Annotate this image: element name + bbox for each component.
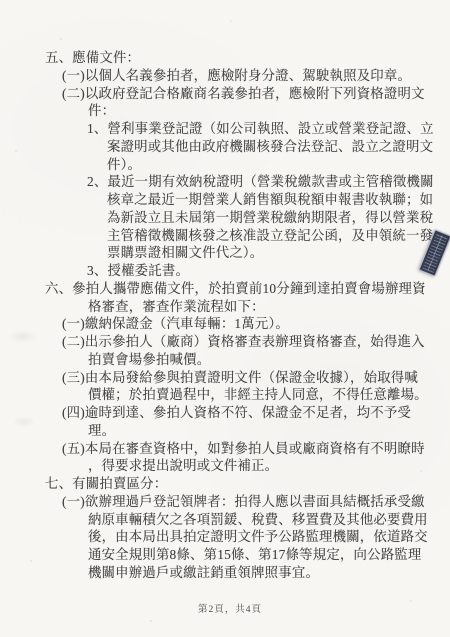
doc-line: 格審查，審查作業流程如下： xyxy=(88,298,450,316)
section-heading-5: 五、應備文件： xyxy=(45,49,450,67)
doc-line: 票購票證相關文件代之）。 xyxy=(107,244,450,262)
doc-line: 價權；於拍賣過程中，非經主持人同意，不得任意離場。 xyxy=(88,386,450,404)
doc-line: 後，由本局出具拍定證明文件予公路監理機關，依道路交 xyxy=(88,528,450,546)
doc-line: (三)由本局發給參與拍賣證明文件（保證金收據），始取得喊 xyxy=(62,369,450,387)
doc-line: (一)以個人名義參拍者，應檢附身分證、駕駛執照及印章。 xyxy=(62,67,450,85)
section-heading-7: 七、有關拍賣區分： xyxy=(45,475,450,493)
doc-line: ，得要求提出說明或文件補正。 xyxy=(88,457,450,475)
doc-line: 為新設立且未屆第一期營業稅繳納期限者，得以營業稅 xyxy=(107,209,450,227)
doc-line: (一)欲辦理過戶登記領牌者：拍得人應以書面具結概括承受繳 xyxy=(62,493,450,511)
doc-line: 拍賣會場參拍喊價。 xyxy=(88,351,450,369)
doc-line: 主管稽徵機關核發之核准設立登記公函，及申領統一發 xyxy=(107,227,450,245)
doc-line: (五)本局在審查資格中，如對參拍人員或廠商資格有不明瞭時 xyxy=(62,440,450,458)
document-body: 五、應備文件： (一)以個人名義參拍者，應檢附身分證、駕駛執照及印章。 (二)以… xyxy=(0,49,450,582)
doc-line: 納原車輛積欠之各項罰鍰、稅費、移置費及其他必要費用 xyxy=(88,511,450,529)
doc-line: 理。 xyxy=(88,422,450,440)
doc-line: 機關申辦過戶或繳註銷重領牌照事宜。 xyxy=(88,564,450,582)
doc-line: (二)以政府登記合格廠商名義參拍者，應檢附下列資格證明文 xyxy=(62,85,450,103)
doc-line: 案證明或其他由政府機關核發合法登記、設立之證明文 xyxy=(107,138,450,156)
doc-line: 1、營利事業登記證（如公司執照、設立或營業登記證、立 xyxy=(87,120,450,138)
doc-line: 件： xyxy=(88,102,450,120)
doc-line: (一)繳納保證金（汽車每輛：1萬元）。 xyxy=(62,315,450,333)
doc-line: 核章之最近一期營業人銷售額與稅額申報書收執聯；如 xyxy=(107,191,450,209)
doc-line: 通安全規則第8條、第15條、第17條等規定，向公路監理 xyxy=(88,546,450,564)
doc-line: 件）。 xyxy=(107,156,450,174)
doc-line: 2、最近一期有效納稅證明（營業稅繳款書或主管稽徵機關 xyxy=(87,173,450,191)
scanned-document-page: 五、應備文件： (一)以個人名義參拍者，應檢附身分證、駕駛執照及印章。 (二)以… xyxy=(0,0,450,637)
page-number-footer: 第2頁，共4頁 xyxy=(0,601,450,615)
doc-line: (四)逾時到達、參拍人資格不符、保證金不足者，均不予受 xyxy=(62,404,450,422)
section-heading-6: 六、參拍人攜帶應備文件，於拍賣前10分鐘到達拍賣會場辦理資 xyxy=(45,280,450,298)
doc-line: (二)出示參拍人（廠商）資格審查表辦理資格審查，始得進入 xyxy=(62,333,450,351)
doc-line: 3、授權委託書。 xyxy=(87,262,450,280)
scan-noise-specks xyxy=(0,0,2,2)
